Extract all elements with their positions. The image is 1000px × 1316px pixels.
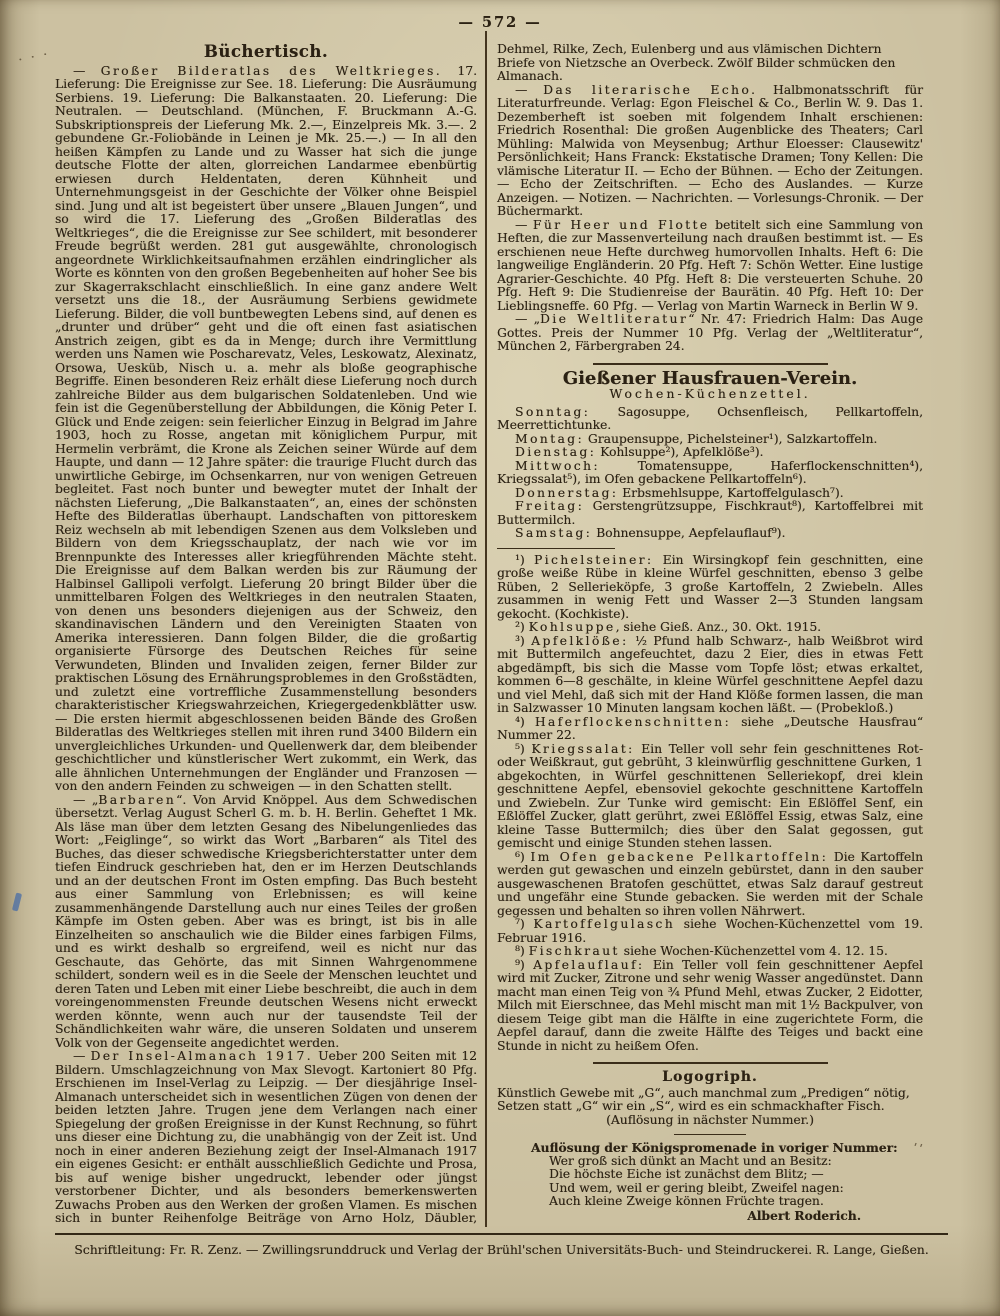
footnote-4: ⁴) Haferflockenschnitten: siehe „Deutsch… (497, 716, 923, 743)
logogriph-note: (Auflösung in nächster Nummer.) (497, 1114, 923, 1128)
footnote-7: ⁷) Kartoffelgulasch siehe Wochen-Küchenz… (497, 918, 923, 945)
poem-line: Die höchste Eiche ist zunächst dem Blitz… (497, 1168, 923, 1182)
left-column: Büchertisch. — Großer Bilderatlas des We… (55, 31, 487, 1227)
poem-line: Auch kleine Zweige können Früchte tragen… (497, 1195, 923, 1209)
review-insel-almanach: — Der Insel-Almanach 1917. Ueber 200 Sei… (55, 1050, 477, 1227)
right-column: Dehmel, Rilke, Zech, Eulenberg und aus v… (487, 31, 923, 1227)
footnote-9: ⁹) Apfelauflauf: Ein Teller voll fein ge… (497, 959, 923, 1054)
kuechenzettel-subheading: Wochen-Küchenzettel. (497, 387, 923, 401)
logogriph-divider-rule (593, 1062, 828, 1064)
recipe-footnotes: ¹) Pichelsteiner: Ein Wirsingkopf fein g… (497, 554, 923, 1054)
footnote-1: ¹) Pichelsteiner: Ein Wirsingkopf fein g… (497, 554, 923, 622)
solution-divider-rule (674, 1134, 746, 1135)
page-footer: Schriftleitung: Fr. R. Zenz. — Zwillings… (55, 1233, 948, 1257)
hausfrauen-verein-heading: Gießener Hausfrauen-Verein. (497, 372, 923, 386)
footer-rule (55, 1233, 948, 1235)
section-divider-rule (593, 363, 828, 365)
review-literarisches-echo: — Das literarische Echo. Halbmonatsschri… (497, 84, 923, 219)
insel-almanach-continuation: Dehmel, Rilke, Zech, Eulenberg und aus v… (497, 43, 923, 84)
logogriph-line: Künstlich Gewebe mit „G“, auch manchmal … (497, 1087, 923, 1101)
review-bilderatlas: — Großer Bilderatlas des Weltkrieges. 17… (55, 65, 477, 794)
buechertisch-heading: Büchertisch. (55, 45, 477, 59)
footnote-2: ²) Kohlsuppe, siehe Gieß. Anz., 30. Okt.… (497, 621, 923, 635)
poem-line: Und wem, weil er gering bleibt, Zweifel … (497, 1182, 923, 1196)
right-column-top-text: Dehmel, Rilke, Zech, Eulenberg und aus v… (497, 43, 923, 354)
review-barbaren: — „Barbaren“. Von Arvid Knöppel. Aus dem… (55, 794, 477, 1051)
logogriph-line: Setzen statt „G“ wir ein „S“, wird es ei… (497, 1100, 923, 1114)
imprint-text: Schriftleitung: Fr. R. Zenz. — Zwillings… (55, 1242, 948, 1257)
menu-freitag: Freitag: Gerstengrützsuppe, Fischkraut⁸)… (497, 500, 923, 527)
weekly-menu-list: Sonntag: Sagosuppe, Ochsenfleisch, Pellk… (497, 406, 923, 541)
solution-block: Auflösung der Königspromenade in voriger… (497, 1141, 923, 1222)
logogriph-heading: Logogriph. (497, 1071, 923, 1085)
footnote-8: ⁸) Fischkraut siehe Wochen-Küchenzettel … (497, 945, 923, 959)
footnote-divider-rule (497, 548, 615, 549)
logogriph-text: Künstlich Gewebe mit „G“, auch manchmal … (497, 1087, 923, 1128)
menu-montag: Montag: Graupensuppe, Pichelsteiner¹), S… (497, 433, 923, 447)
menu-samstag: Samstag: Bohnensuppe, Aepfelauflauf⁹). (497, 527, 923, 541)
page-columns: Büchertisch. — Großer Bilderatlas des We… (0, 31, 1000, 1227)
menu-mittwoch: Mittwoch: Tomatensuppe, Haferflockenschn… (497, 460, 923, 487)
menu-dienstag: Dienstag: Kohlsuppe²), Apfelklöße³). (497, 446, 923, 460)
menu-donnerstag: Donnerstag: Erbsmehlsuppe, Kartoffelgula… (497, 487, 923, 501)
footnote-5: ⁵) Kriegssalat: Ein Teller voll sehr fei… (497, 743, 923, 851)
newspaper-page: · · · ʹ ʹ — 572 — Büchertisch. — Großer … (0, 0, 1000, 1316)
left-column-text: — Großer Bilderatlas des Weltkrieges. 17… (55, 65, 477, 1228)
poem-line: Wer groß sich dünkt an Macht und an Besi… (497, 1155, 923, 1169)
solution-title: Auflösung der Königspromenade in voriger… (497, 1141, 923, 1155)
page-number: — 572 — (0, 0, 1000, 31)
menu-sonntag: Sonntag: Sagosuppe, Ochsenfleisch, Pellk… (497, 406, 923, 433)
poem-author: Albert Roderich. (497, 1209, 923, 1223)
footnote-3: ³) Apfelklöße: ½ Pfund halb Schwarz-, ha… (497, 635, 923, 716)
footnote-6: ⁶) Im Ofen gebackene Pellkartoffeln: Die… (497, 851, 923, 919)
review-weltliteratur: — „Die Weltliteratur“ Nr. 47: Friedrich … (497, 313, 923, 354)
review-heer-und-flotte: — Für Heer und Flotte betitelt sich eine… (497, 219, 923, 314)
